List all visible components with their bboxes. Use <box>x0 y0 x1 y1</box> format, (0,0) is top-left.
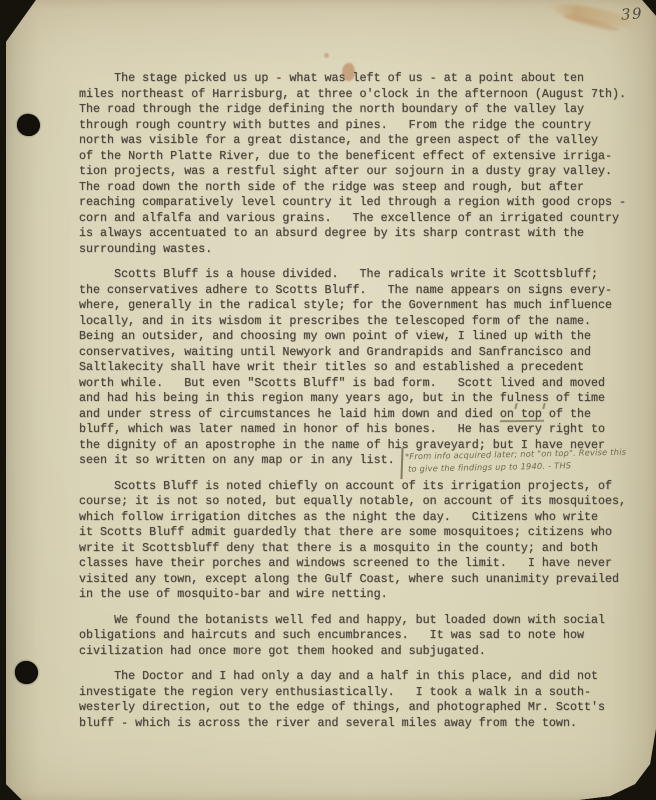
typewritten-line: locally, and in its wisdom it prescribes… <box>79 314 639 330</box>
typewritten-line: and under stress of circumstances he lai… <box>79 407 639 423</box>
typewritten-line: where, generally in the radical style; f… <box>79 298 639 314</box>
scanned-page-scene: 39 The stage picked us up - what was lef… <box>0 0 656 800</box>
typewritten-line: which follow irrigation ditches as the n… <box>79 510 639 526</box>
typewritten-line: The road down the north side of the ridg… <box>79 180 639 196</box>
typewritten-line: The Doctor and I had only a day and a ha… <box>79 669 639 685</box>
typewritten-line: visited any town, except along the Gulf … <box>79 572 639 588</box>
typewritten-line: We found the botanists well fed and happ… <box>79 613 639 629</box>
paragraph: The Doctor and I had only a day and a ha… <box>79 669 639 731</box>
typewritten-line: of the North Platte River, due to the be… <box>79 149 639 165</box>
typewritten-line: reaching comparatively level country it … <box>79 195 639 211</box>
typewritten-line: the conservatives adhere to Scotts Bluff… <box>79 283 639 299</box>
typewritten-line: Saltlakecity shall have writ their title… <box>79 360 639 376</box>
paragraph: We found the botanists well fed and happ… <box>79 613 639 660</box>
stain-dot <box>324 53 329 58</box>
typewritten-line: it Scotts Bluff admit guardedly that the… <box>79 525 639 541</box>
typewritten-line: Scotts Bluff is a house divided. The rad… <box>79 267 639 283</box>
typewritten-line: miles northeast of Harrisburg, at three … <box>79 87 639 103</box>
paragraph: Scotts Bluff is noted chiefly on account… <box>79 479 639 603</box>
typewritten-line: civilization had once more got them hook… <box>79 644 639 660</box>
typewritten-line: worth while. But even "Scotts Bluff" is … <box>79 376 639 392</box>
typewritten-line: corn and alfalfa and various grains. The… <box>79 211 639 227</box>
typewritten-line: through rough country with buttes and pi… <box>79 118 639 134</box>
typewritten-line: write it Scottsbluff deny that there is … <box>79 541 639 557</box>
typewritten-line: conservatives, waiting until Newyork and… <box>79 345 639 361</box>
paragraph: The stage picked us up - what was left o… <box>79 71 639 257</box>
paper-sheet: 39 The stage picked us up - what was lef… <box>6 0 656 800</box>
typewritten-line: is always accentuated to an absurd degre… <box>79 226 639 242</box>
typewritten-line: Scotts Bluff is noted chiefly on account… <box>79 479 639 495</box>
typewritten-line: obligations and haircuts and such encumb… <box>79 628 639 644</box>
typewritten-line: surrounding wastes. <box>79 242 639 258</box>
typewritten-line: Being an outsider, and choosing my own p… <box>79 329 639 345</box>
typewritten-line: bluff, which was later named in honor of… <box>79 422 639 438</box>
typewritten-line: The stage picked us up - what was left o… <box>79 71 639 87</box>
typewritten-line: investigate the region very enthusiastic… <box>79 685 639 701</box>
typewritten-line: course; it is not so noted, but equally … <box>79 494 639 510</box>
typewritten-line: in the use of mosquito-bar and wire nett… <box>79 587 639 603</box>
typewritten-line: tion projects, was a restful sight after… <box>79 164 639 180</box>
typewritten-line: classes have their porches and windows s… <box>79 556 639 572</box>
typewritten-line: westerly direction, out to the edge of t… <box>79 700 639 716</box>
typewritten-line: bluff - which is across the river and se… <box>79 716 639 732</box>
typewritten-line: and had his being in this region many ye… <box>79 391 639 407</box>
paragraph: Scotts Bluff is a house divided. The rad… <box>79 267 639 469</box>
typewritten-text: The stage picked us up - what was left o… <box>79 71 639 741</box>
typewritten-line: The road through the ridge defining the … <box>79 102 639 118</box>
typewritten-line: north was visible for a great distance, … <box>79 133 639 149</box>
